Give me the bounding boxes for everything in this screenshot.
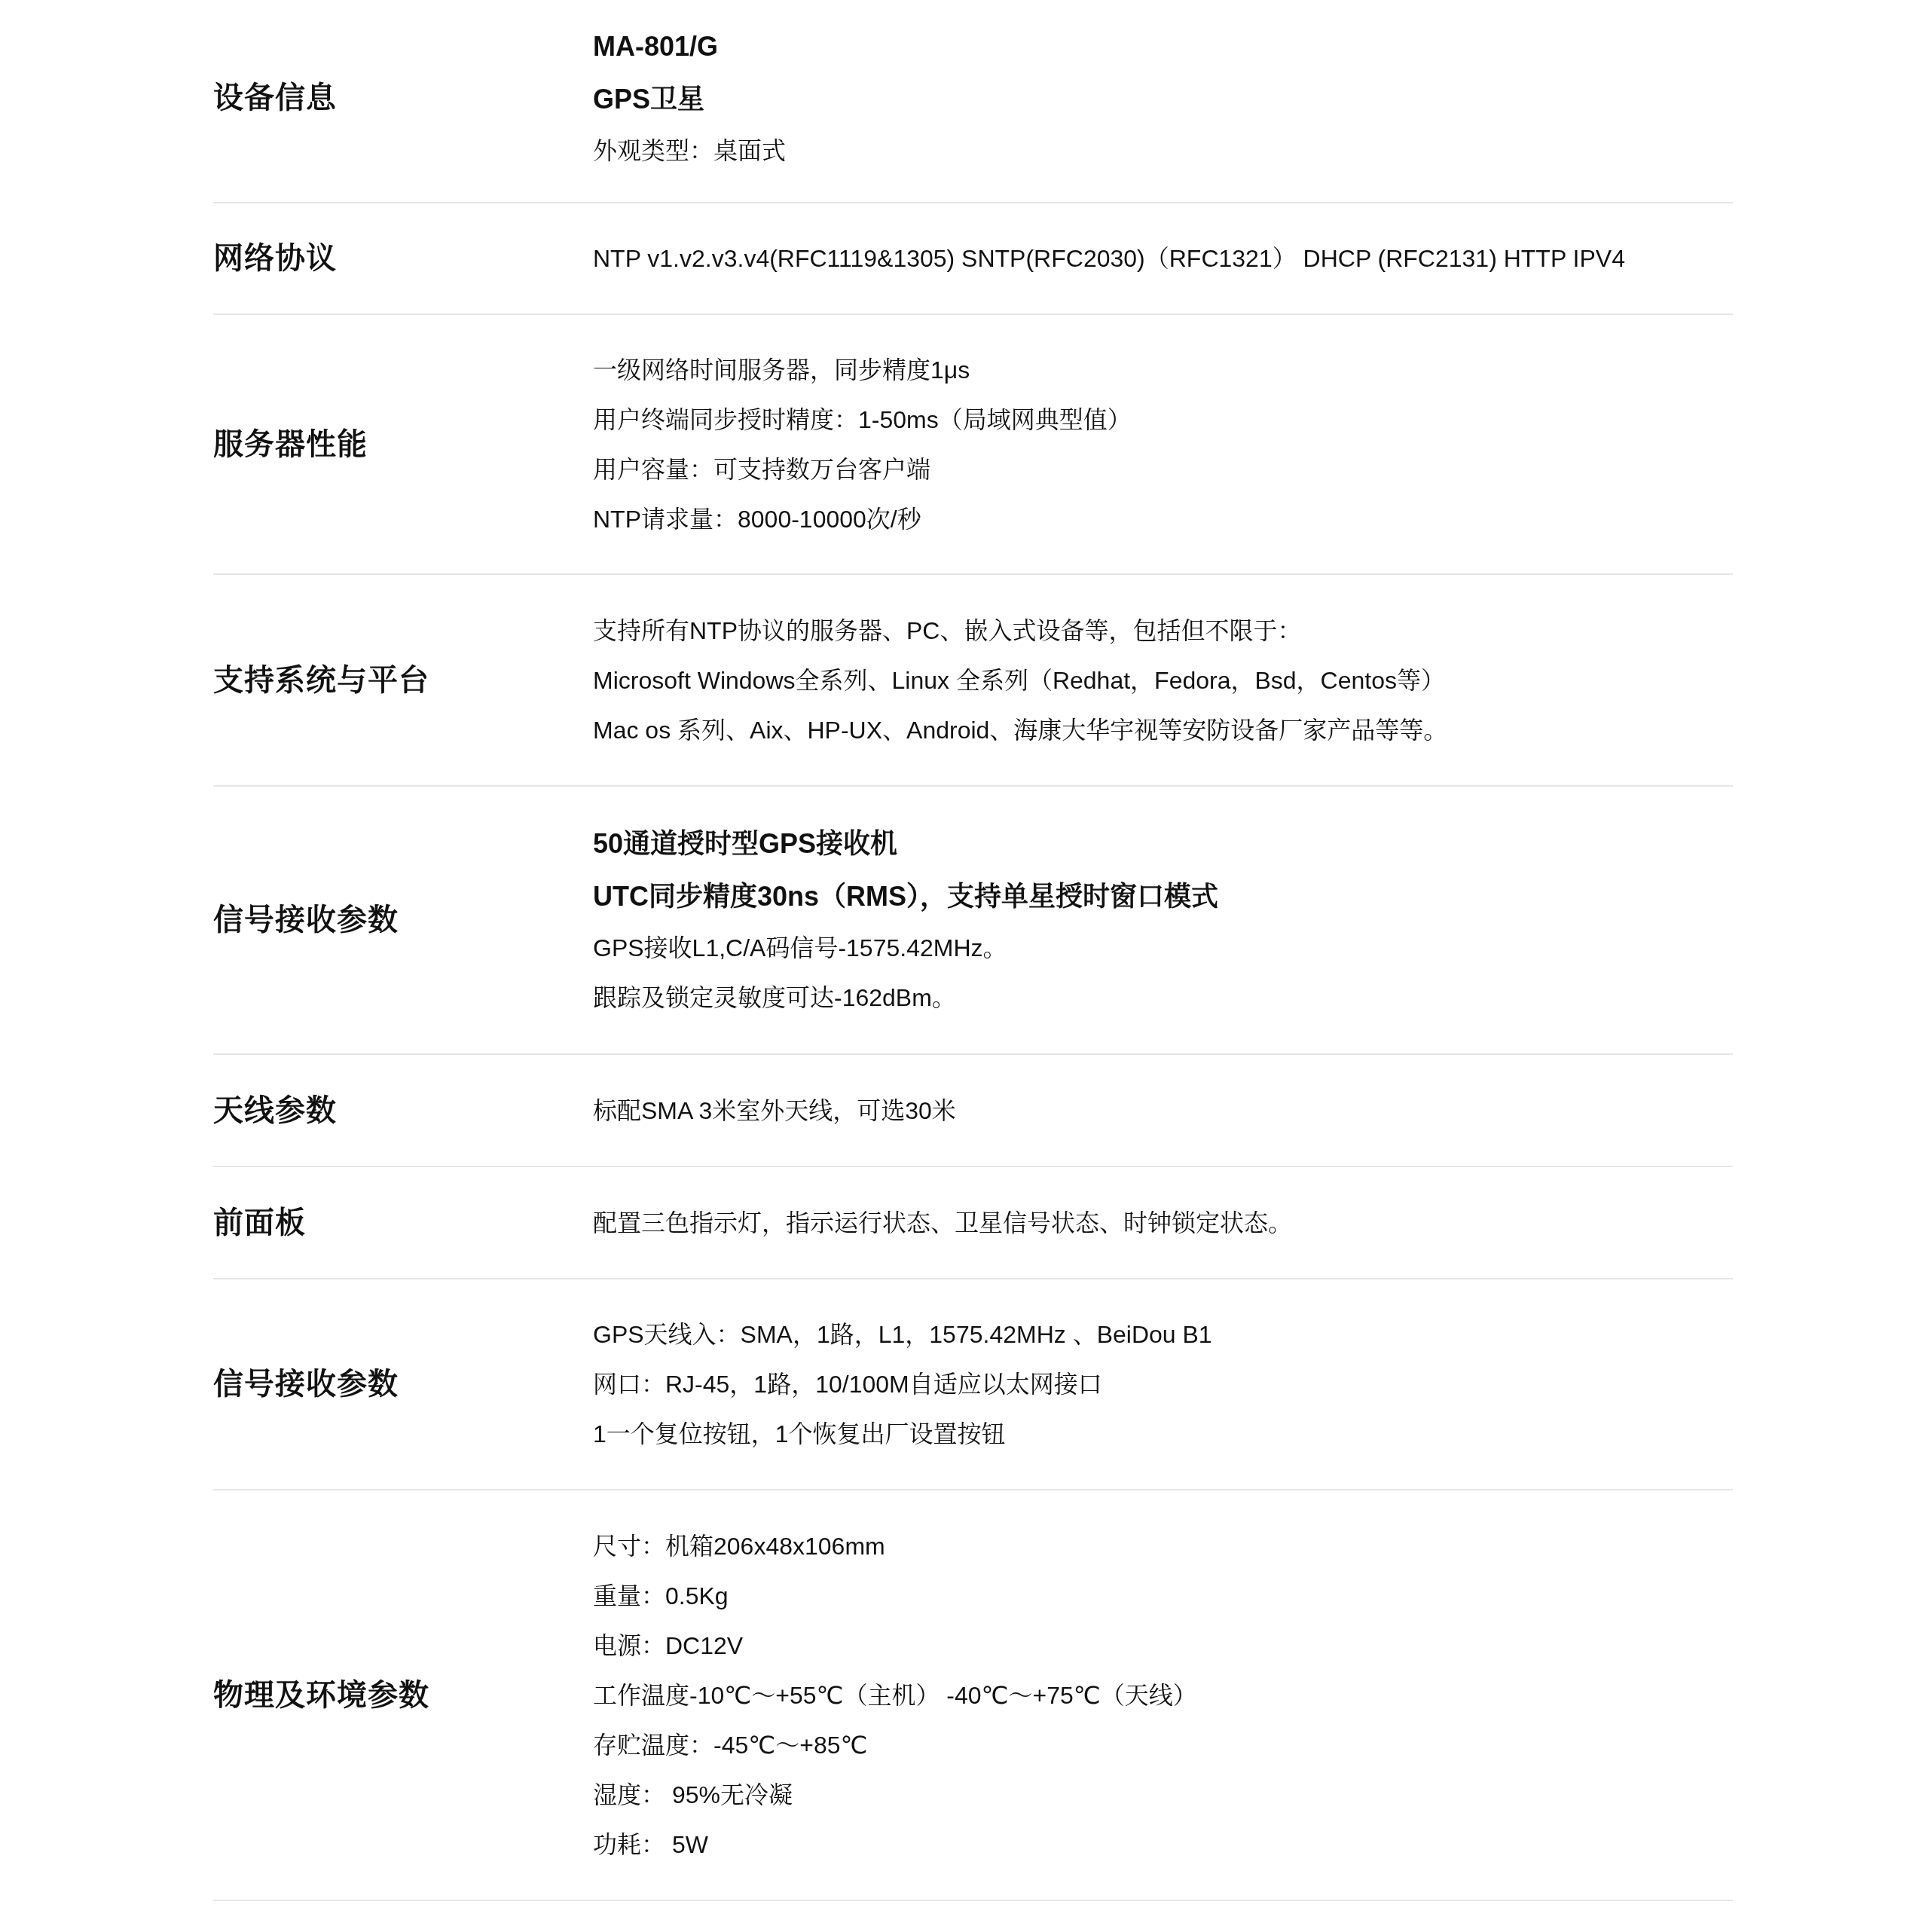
spec-line: Microsoft Windows全系列、Linux 全系列（Redhat，Fe…	[593, 656, 1733, 705]
model-number: MA-801/G	[593, 20, 1733, 73]
spec-values: 标配SMA 3米室外天线，可选30米	[593, 1086, 1733, 1136]
spec-line: 支持所有NTP协议的服务器、PC、嵌入式设备等，包括但不限于：	[593, 606, 1733, 656]
spec-label: 网络协议	[213, 243, 593, 274]
spec-row-server-performance: 服务器性能 一级网络时间服务器，同步精度1μs 用户终端同步授时精度：1-50m…	[213, 315, 1733, 575]
spec-line: GPS接收L1,C/A码信号-1575.42MHz。	[593, 923, 1733, 973]
spec-label: 支持系统与平台	[213, 665, 593, 695]
spec-label: 天线参数	[213, 1096, 593, 1126]
spec-line: 一级网络时间服务器，同步精度1μs	[593, 345, 1733, 395]
spec-line: 功耗： 5W	[593, 1820, 1733, 1869]
spec-row-supported-platforms: 支持系统与平台 支持所有NTP协议的服务器、PC、嵌入式设备等，包括但不限于： …	[213, 575, 1733, 787]
spec-line: 配置三色指示灯，指示运行状态、卫星信号状态、时钟锁定状态。	[593, 1198, 1733, 1248]
spec-values: 一级网络时间服务器，同步精度1μs 用户终端同步授时精度：1-50ms（局域网典…	[593, 345, 1733, 544]
spec-line: GPS天线入：SMA，1路，L1，1575.42MHz 、BeiDou B1	[593, 1310, 1733, 1359]
spec-table: 设备信息 MA-801/G GPS卫星 外观类型：桌面式 网络协议 NTP v1…	[213, 0, 1733, 1901]
spec-values: 50通道授时型GPS接收机 UTC同步精度30ns（RMS），支持单星授时窗口模…	[593, 818, 1733, 1023]
spec-line: 用户终端同步授时精度：1-50ms（局域网典型值）	[593, 395, 1733, 445]
spec-line: 网口：RJ-45，1路，10/100M自适应以太网接口	[593, 1359, 1733, 1409]
spec-line: 重量：0.5Kg	[593, 1571, 1733, 1621]
spec-line: Mac os 系列、Aix、HP-UX、Android、海康大华宇视等安防设备厂…	[593, 705, 1733, 755]
spec-label: 前面板	[213, 1208, 593, 1238]
spec-line: 工作温度-10℃～+55℃（主机） -40℃～+75℃（天线）	[593, 1671, 1733, 1720]
form-factor: 外观类型：桌面式	[593, 126, 1733, 176]
spec-values: 支持所有NTP协议的服务器、PC、嵌入式设备等，包括但不限于： Microsof…	[593, 606, 1733, 755]
spec-label: 物理及环境参数	[213, 1680, 593, 1710]
spec-values: NTP v1.v2.v3.v4(RFC1119&1305) SNTP(RFC20…	[593, 234, 1733, 283]
spec-line: 用户容量：可支持数万台客户端	[593, 445, 1733, 494]
spec-label: 服务器性能	[213, 430, 593, 460]
spec-row-interfaces: 信号接收参数 GPS天线入：SMA，1路，L1，1575.42MHz 、BeiD…	[213, 1279, 1733, 1490]
spec-line: UTC同步精度30ns（RMS），支持单星授时窗口模式	[593, 870, 1733, 923]
spec-row-antenna: 天线参数 标配SMA 3米室外天线，可选30米	[213, 1055, 1733, 1167]
spec-line: 1一个复位按钮，1个恢复出厂设置按钮	[593, 1409, 1733, 1459]
spec-label: 设备信息	[213, 83, 593, 113]
spec-row-physical-environment: 物理及环境参数 尺寸：机箱206x48x106mm 重量：0.5Kg 电源：DC…	[213, 1490, 1733, 1901]
spec-values: MA-801/G GPS卫星 外观类型：桌面式	[593, 20, 1733, 176]
spec-line: 湿度： 95%无冷凝	[593, 1770, 1733, 1820]
spec-line: NTP v1.v2.v3.v4(RFC1119&1305) SNTP(RFC20…	[593, 234, 1733, 283]
spec-line: 尺寸：机箱206x48x106mm	[593, 1521, 1733, 1571]
spec-line: NTP请求量：8000-10000次/秒	[593, 494, 1733, 544]
spec-values: 尺寸：机箱206x48x106mm 重量：0.5Kg 电源：DC12V 工作温度…	[593, 1521, 1733, 1869]
spec-row-front-panel: 前面板 配置三色指示灯，指示运行状态、卫星信号状态、时钟锁定状态。	[213, 1167, 1733, 1279]
spec-row-signal-reception: 信号接收参数 50通道授时型GPS接收机 UTC同步精度30ns（RMS），支持…	[213, 787, 1733, 1055]
spec-row-device-info: 设备信息 MA-801/G GPS卫星 外观类型：桌面式	[213, 0, 1733, 203]
spec-values: GPS天线入：SMA，1路，L1，1575.42MHz 、BeiDou B1 网…	[593, 1310, 1733, 1459]
satellite-type: GPS卫星	[593, 73, 1733, 126]
spec-line: 跟踪及锁定灵敏度可达-162dBm。	[593, 973, 1733, 1023]
spec-line: 50通道授时型GPS接收机	[593, 818, 1733, 870]
spec-line: 电源：DC12V	[593, 1621, 1733, 1671]
spec-row-network-protocol: 网络协议 NTP v1.v2.v3.v4(RFC1119&1305) SNTP(…	[213, 203, 1733, 315]
spec-line: 存贮温度：-45℃～+85℃	[593, 1720, 1733, 1770]
spec-label: 信号接收参数	[213, 905, 593, 935]
spec-label: 信号接收参数	[213, 1369, 593, 1399]
spec-values: 配置三色指示灯，指示运行状态、卫星信号状态、时钟锁定状态。	[593, 1198, 1733, 1248]
spec-line: 标配SMA 3米室外天线，可选30米	[593, 1086, 1733, 1136]
